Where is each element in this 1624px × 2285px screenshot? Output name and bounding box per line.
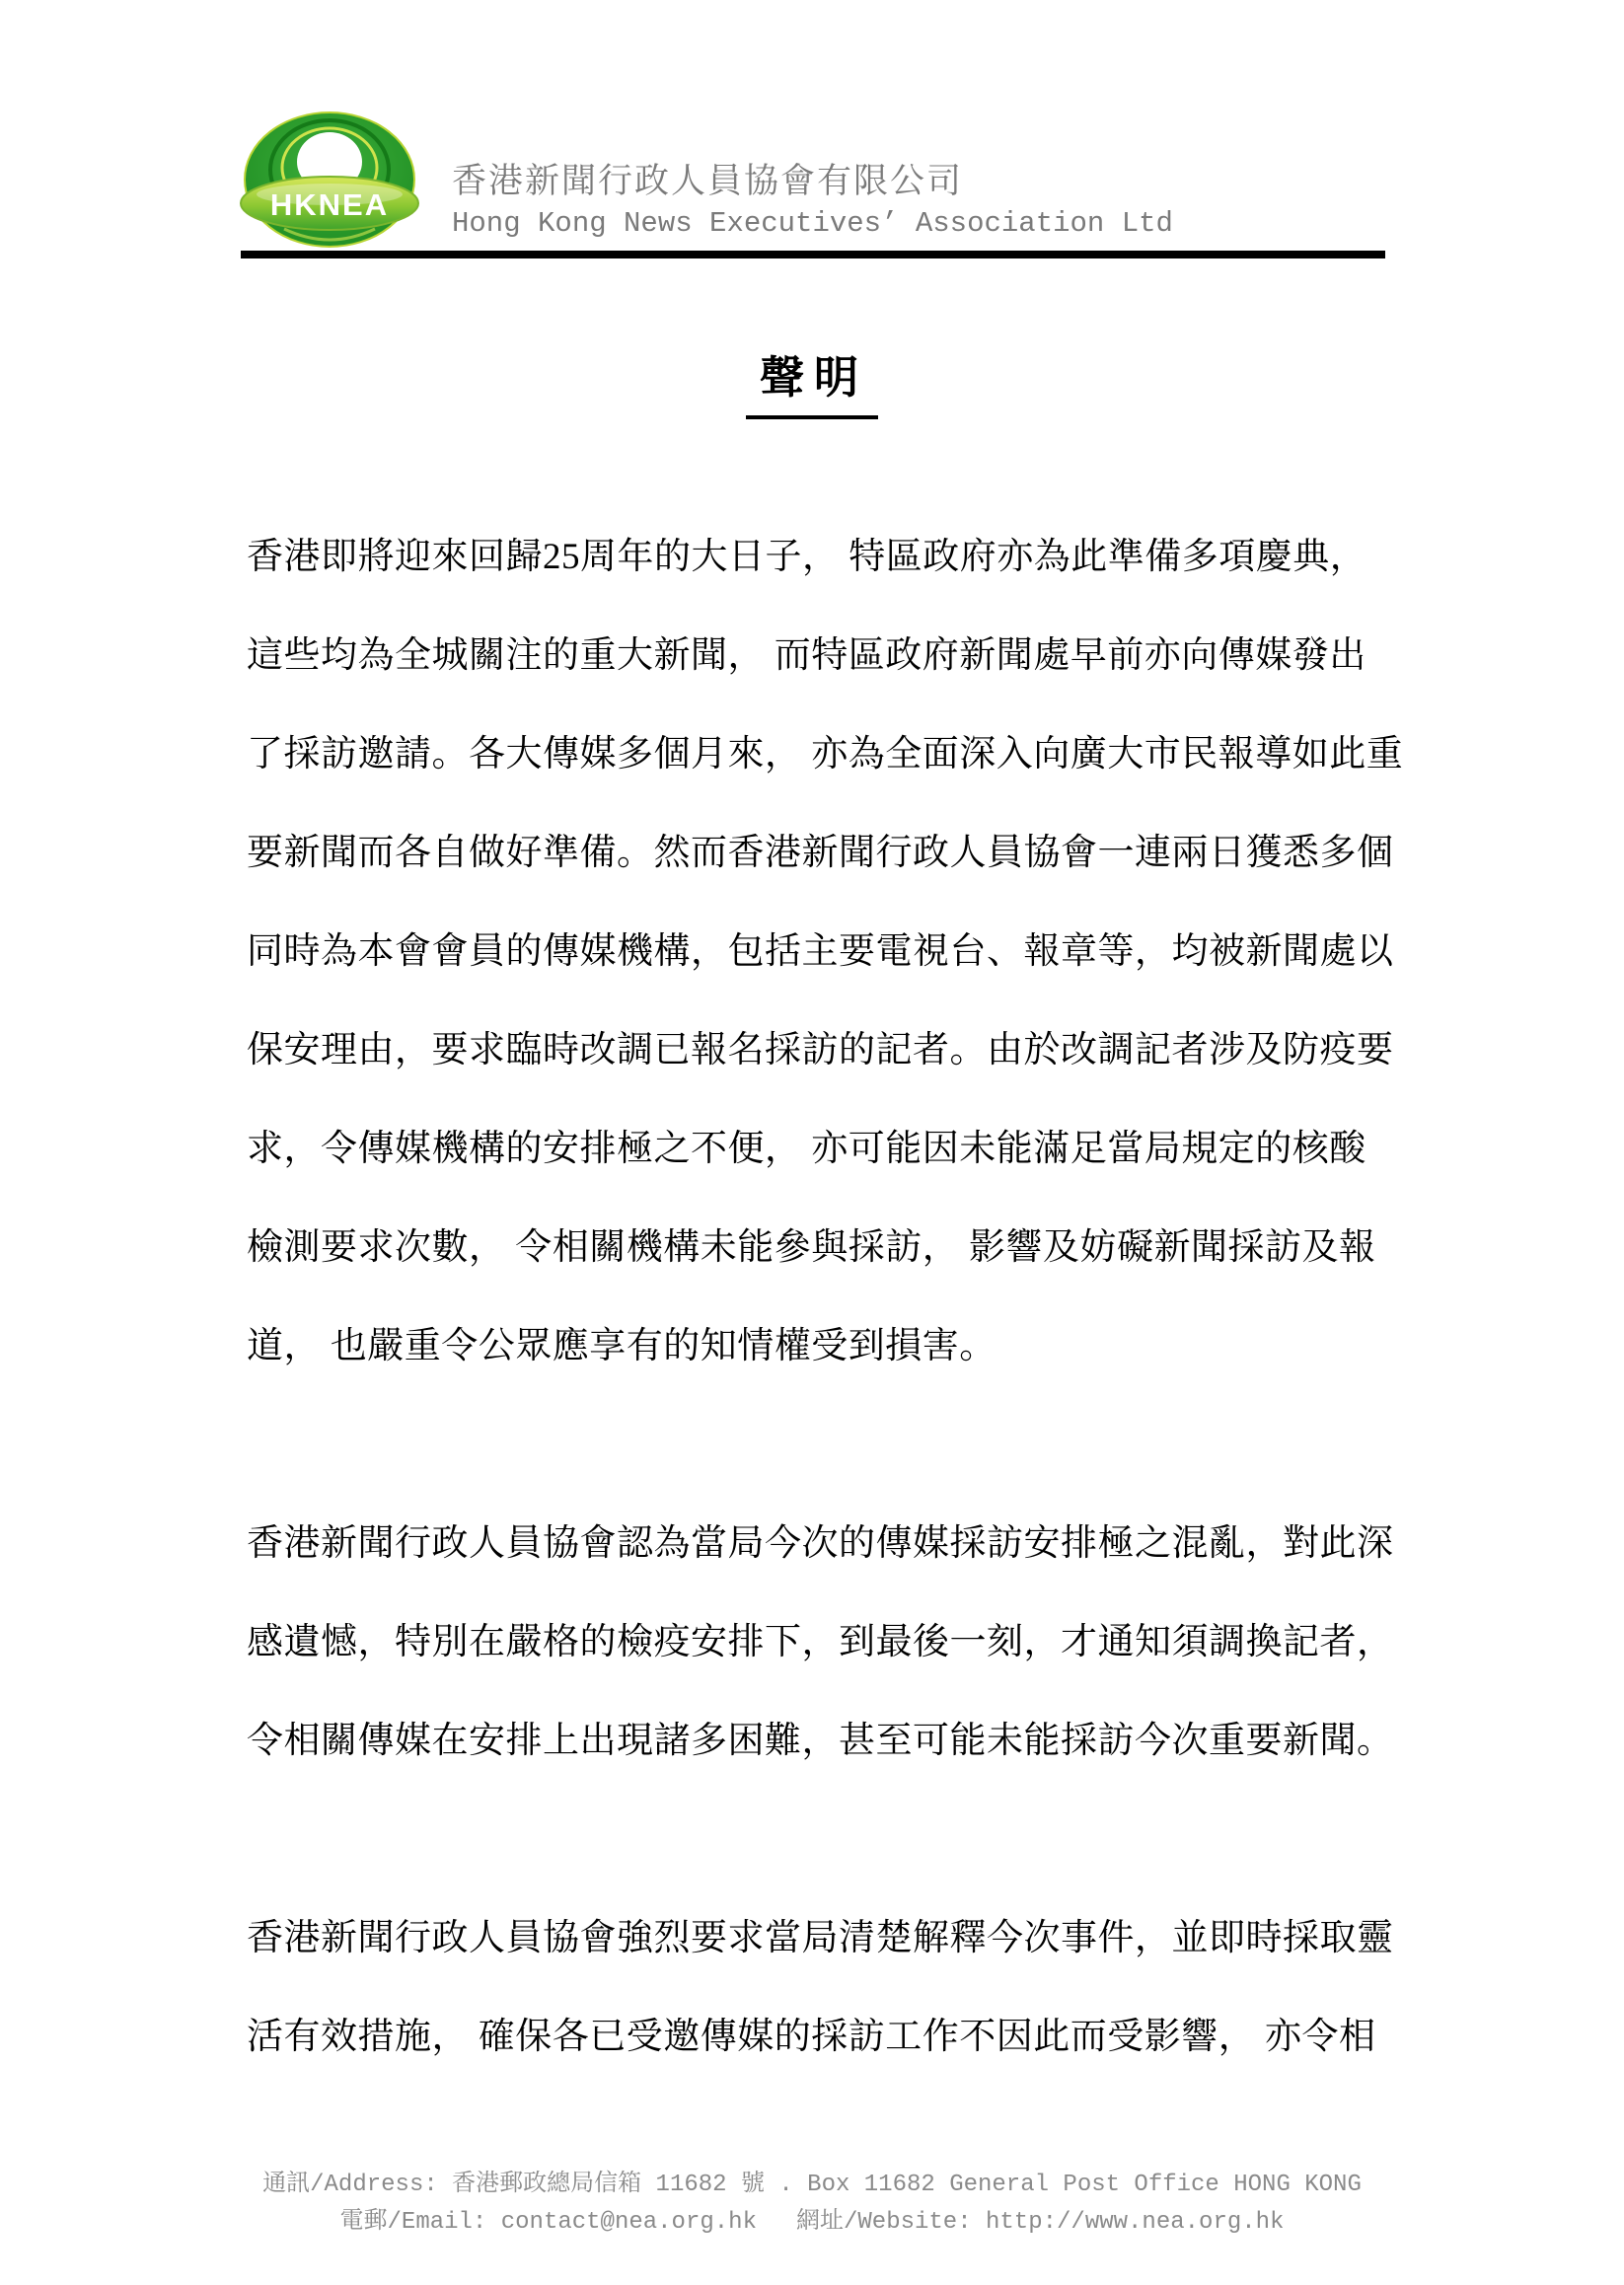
body-line: 檢測要求次數， 令相關機構未能參與採訪， 影響及妨礙新聞採訪及報: [247, 1199, 1391, 1297]
statement-title: 聲明: [746, 341, 878, 419]
title-row: 聲明: [0, 341, 1624, 419]
org-name-chinese: 香港新聞行政人員協會有限公司: [452, 154, 963, 203]
org-name-english: Hong Kong News Executives’ Association L…: [452, 207, 1173, 240]
paragraph-1: 香港即將迎來回歸25周年的大日子， 特區政府亦為此準備多項慶典， 這些均為全城關…: [247, 508, 1391, 1396]
footer-email: 電郵/Email: contact@nea.org.hk: [340, 2209, 757, 2236]
body-line: 求，令傳媒機構的安排極之不便， 亦可能因未能滿足當局規定的核酸: [247, 1100, 1391, 1199]
header-divider: [241, 251, 1385, 258]
body-line: 道， 也嚴重令公眾應享有的知情權受到損害。: [247, 1297, 1391, 1396]
body-line: 這些均為全城關注的重大新聞， 而特區政府新聞處早前亦向傳媒發出: [247, 607, 1391, 705]
footer-contact-row: 電郵/Email: contact@nea.org.hk網址/Website: …: [0, 2204, 1624, 2242]
statement-body: 香港即將迎來回歸25周年的大日子， 特區政府亦為此準備多項慶典， 這些均為全城關…: [247, 508, 1391, 2185]
hknea-logo: HKNEA: [235, 105, 424, 249]
logo-acronym-text: HKNEA: [270, 187, 389, 222]
footer: 通訊/Address: 香港郵政總局信箱 11682 號 . Box 11682…: [0, 2167, 1624, 2242]
document-page: HKNEA 香港新聞行政人員協會有限公司 Hong Kong News Exec…: [0, 0, 1624, 2285]
body-line: 同時為本會會員的傳媒機構，包括主要電視台、報章等，均被新聞處以: [247, 903, 1391, 1001]
paragraph-3: 香港新聞行政人員協會強烈要求當局清楚解釋今次事件，並即時採取靈 活有效措施， 確…: [247, 1889, 1391, 2087]
body-line: 感遺憾，特別在嚴格的檢疫安排下，到最後一刻，才通知須調換記者，: [247, 1593, 1391, 1692]
footer-website: 網址/Website: http://www.nea.org.hk: [796, 2209, 1284, 2236]
logo-globe-icon: [241, 112, 418, 247]
paragraph-2: 香港新聞行政人員協會認為當局今次的傳媒採訪安排極之混亂，對此深 感遺憾，特別在嚴…: [247, 1495, 1391, 1791]
body-line: 活有效措施， 確保各已受邀傳媒的採訪工作不因此而受影響， 亦令相: [247, 1988, 1391, 2087]
body-line: 香港新聞行政人員協會認為當局今次的傳媒採訪安排極之混亂，對此深: [247, 1495, 1391, 1593]
body-line: 要新聞而各自做好準備。然而香港新聞行政人員協會一連兩日獲悉多個: [247, 804, 1391, 903]
body-line: 保安理由，要求臨時改調已報名採訪的記者。由於改調記者涉及防疫要: [247, 1001, 1391, 1100]
body-line: 香港新聞行政人員協會強烈要求當局清楚解釋今次事件，並即時採取靈: [247, 1889, 1391, 1988]
body-line: 了採訪邀請。各大傳媒多個月來， 亦為全面深入向廣大市民報導如此重: [247, 705, 1391, 804]
body-line: 令相關傳媒在安排上出現諸多困難，甚至可能未能採訪今次重要新聞。: [247, 1692, 1391, 1791]
body-line: 香港即將迎來回歸25周年的大日子， 特區政府亦為此準備多項慶典，: [247, 508, 1391, 607]
footer-address: 通訊/Address: 香港郵政總局信箱 11682 號 . Box 11682…: [0, 2167, 1624, 2204]
